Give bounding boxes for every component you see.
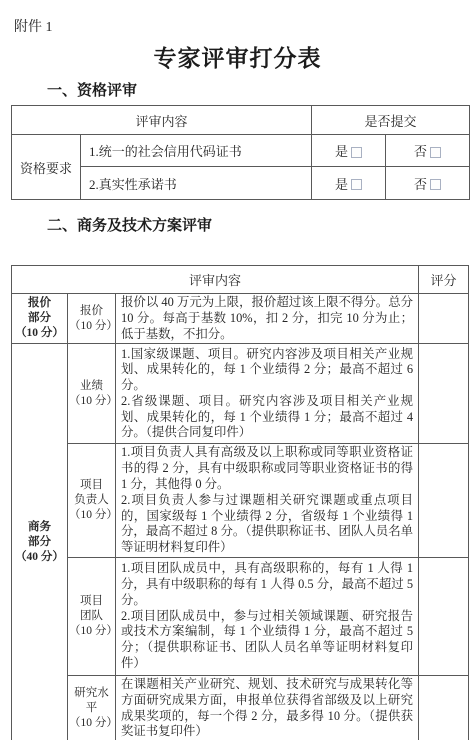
criteria-text-project-leader: 1.项目负责人具有高级及以上职称或同等职业资格证书的得 2 分，具有中级职称或同…: [116, 444, 419, 558]
table-row-project-team: 项目 团队 （10 分） 1.项目团队成员中，具有高级职称的，每有 1 人得 1…: [12, 557, 469, 675]
score-cell[interactable]: [419, 675, 469, 740]
table-row-project-leader: 项目 负责人 （10 分） 1.项目负责人具有高级及以上职称或同等职业资格证书的…: [12, 444, 469, 558]
yes-checkbox[interactable]: [351, 147, 362, 158]
yes-cell: 是: [312, 167, 386, 200]
table-row-price: 报价 部分 （10 分） 报价 （10 分） 报价以 40 万元为上限，报价超过…: [12, 294, 469, 344]
qualification-item-authenticity-letter: 2.真实性承诺书: [81, 167, 312, 200]
sub-label-price: 报价 （10 分）: [68, 294, 116, 344]
sub-label-research-level: 研究水平 （10 分）: [68, 675, 116, 740]
score-cell[interactable]: [419, 294, 469, 344]
section-label-business-part: 商务 部分 （40 分）: [12, 344, 68, 740]
section-label-price-part: 报价 部分 （10 分）: [12, 294, 68, 344]
page-title: 专家评审打分表: [0, 44, 475, 72]
score-cell[interactable]: [419, 344, 469, 444]
section-heading-business-technical: 二、商务及技术方案评审: [47, 216, 475, 235]
no-label: 否: [414, 144, 427, 159]
document-page: 附件 1 专家评审打分表 一、资格评审 评审内容 是否提交 资格要求 1.统一的…: [0, 0, 475, 740]
score-cell[interactable]: [419, 444, 469, 558]
no-cell: 否: [386, 167, 470, 200]
sub-label-project-leader: 项目 负责人 （10 分）: [68, 444, 116, 558]
sub-label-project-team: 项目 团队 （10 分）: [68, 557, 116, 675]
yes-label: 是: [335, 177, 348, 192]
column-header-review-content: 评审内容: [12, 106, 312, 135]
criteria-text-price: 报价以 40 万元为上限，报价超过该上限不得分。总分 10 分。每高于基数 10…: [116, 294, 419, 344]
table-row-performance: 商务 部分 （40 分） 业绩 （10 分） 1.国家级课题、项目。研究内容涉及…: [12, 344, 469, 444]
table-row-research-level: 研究水平 （10 分） 在课题相关产业研究、规划、技术研究与成果转化等方面研究成…: [12, 675, 469, 740]
table-header-row: 评审内容 评分: [12, 266, 469, 294]
attachment-label: 附件 1: [14, 19, 475, 37]
section-heading-qualification: 一、资格评审: [47, 81, 475, 100]
no-label: 否: [414, 177, 427, 192]
yes-label: 是: [335, 144, 348, 159]
column-header-score: 评分: [419, 266, 469, 294]
table-row: 2.真实性承诺书 是 否: [12, 167, 470, 200]
review-table: 评审内容 评分 报价 部分 （10 分） 报价 （10 分） 报价以 40 万元…: [11, 265, 469, 740]
qualification-item-credit-code: 1.统一的社会信用代码证书: [81, 135, 312, 167]
criteria-text-research-level: 在课题相关产业研究、规划、技术研究与成果转化等方面研究成果方面，申报单位获得省部…: [116, 675, 419, 740]
table-header-row: 评审内容 是否提交: [12, 106, 470, 135]
no-checkbox[interactable]: [430, 179, 441, 190]
criteria-text-performance: 1.国家级课题、项目。研究内容涉及项目相关产业规划、成果转化的，每 1 个业绩得…: [116, 344, 419, 444]
qualification-table: 评审内容 是否提交 资格要求 1.统一的社会信用代码证书 是 否 2.真实性承诺…: [11, 105, 470, 200]
yes-cell: 是: [312, 135, 386, 167]
no-checkbox[interactable]: [430, 147, 441, 158]
yes-checkbox[interactable]: [351, 179, 362, 190]
sub-label-performance: 业绩 （10 分）: [68, 344, 116, 444]
column-header-review-content: 评审内容: [12, 266, 419, 294]
row-group-qualification-requirements: 资格要求: [12, 135, 81, 200]
score-cell[interactable]: [419, 557, 469, 675]
criteria-text-project-team: 1.项目团队成员中，具有高级职称的，每有 1 人得 1 分，具有中级职称的每有 …: [116, 557, 419, 675]
table-row: 资格要求 1.统一的社会信用代码证书 是 否: [12, 135, 470, 167]
no-cell: 否: [386, 135, 470, 167]
column-header-submitted: 是否提交: [312, 106, 470, 135]
